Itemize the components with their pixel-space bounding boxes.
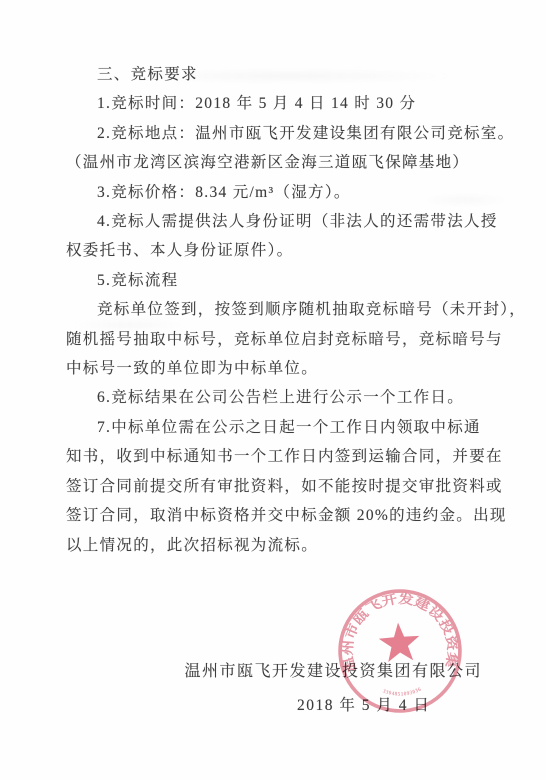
section-heading: 三、竞标要求 <box>66 60 502 89</box>
document-line: （温州市龙湾区滨海空港新区金海三道瓯飞保障基地） <box>66 148 502 177</box>
seal-code-text: 3304851093036 <box>381 686 423 699</box>
document-line: 权委托书、本人身份证原件）。 <box>66 236 502 265</box>
document-line: 1.竞标时间：2018 年 5 月 4 日 14 时 30 分 <box>66 89 502 118</box>
document-body: 三、竞标要求 1.竞标时间：2018 年 5 月 4 日 14 时 30 分 2… <box>66 60 502 560</box>
seal-ring-text: 温州市瓯飞开发建设投资集团有限公司 <box>330 581 462 679</box>
document-line: 5.竞标流程 <box>66 266 502 295</box>
document-page: 三、竞标要求 1.竞标时间：2018 年 5 月 4 日 14 时 30 分 2… <box>0 0 546 780</box>
document-line: 以上情况的，此次招标视为流标。 <box>66 531 502 560</box>
seal-ring-text-holder: 温州市瓯飞开发建设投资集团有限公司 <box>330 581 462 679</box>
document-line: 6.竞标结果在公司公告栏上进行公示一个工作日。 <box>66 383 502 412</box>
document-line: 签订合同，取消中标资格并交中标金额 20%的违约金。出现 <box>66 501 502 530</box>
document-line: 知书，收到中标通知书一个工作日内签到运输合同，并要在 <box>66 442 502 471</box>
document-line: 随机摇号抽取中标号，竞标单位启封竞标暗号，竞标暗号与 <box>66 325 502 354</box>
document-line: 2.竞标地点：温州市瓯飞开发建设集团有限公司竞标室。 <box>66 119 502 148</box>
company-seal: 温州市瓯飞开发建设投资集团有限公司 3304851093036 <box>330 581 471 722</box>
document-line: 3.竞标价格：8.34 元/m³（湿方）。 <box>66 178 502 207</box>
document-line: 竞标单位签到，按签到顺序随机抽取竞标暗号（未开封）， <box>66 295 502 324</box>
seal-star-icon <box>378 621 421 662</box>
document-line: 中标号一致的单位即为中标单位。 <box>66 354 502 383</box>
document-line: 7.中标单位需在公示之日起一个工作日内领取中标通 <box>66 413 502 442</box>
seal-code-holder: 3304851093036 <box>381 686 423 699</box>
document-line: 4.竞标人需提供法人身份证明（非法人的还需带法人授 <box>66 207 502 236</box>
document-line: 签订合同前提交所有审批资料，如不能按时提交审批资料或 <box>66 472 502 501</box>
